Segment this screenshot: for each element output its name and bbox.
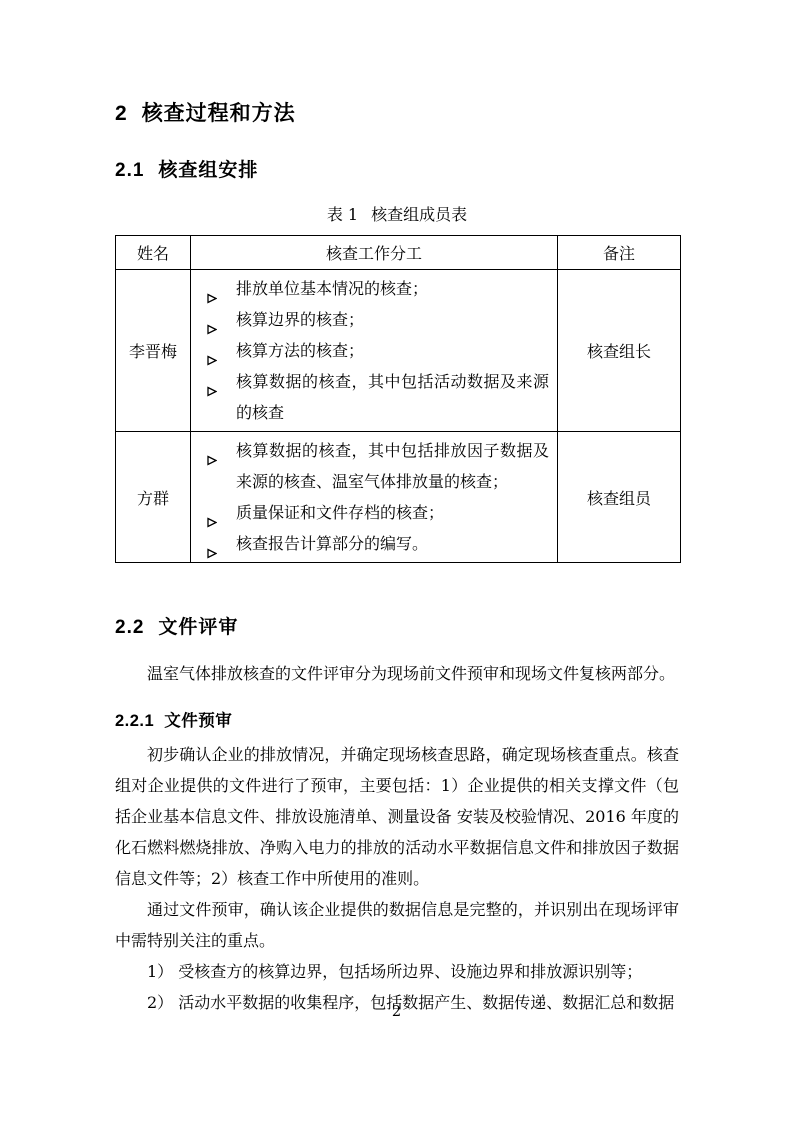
- member-name: 李晋梅: [116, 270, 191, 432]
- section-number: 2.1: [115, 160, 144, 181]
- duty-item: 排放单位基本情况的核查；: [191, 273, 549, 304]
- arrowhead-bullet-icon: [207, 445, 217, 456]
- duty-text: 质量保证和文件存档的核查；: [236, 503, 444, 522]
- duty-item: 核查报告计算部分的编写。: [191, 528, 549, 559]
- member-remark: 核查组员: [558, 432, 681, 563]
- duty-text: 排放单位基本情况的核查；: [236, 279, 428, 298]
- table-row: 李晋梅 排放单位基本情况的核查；核算边界的核查；核算方法的核查；核算数据的核查，…: [116, 270, 681, 432]
- duty-text: 核查报告计算部分的编写。: [236, 534, 428, 553]
- duty-item: 核算数据的核查，其中包括活动数据及来源的核查: [191, 366, 549, 428]
- duty-text: 核算数据的核查，其中包括活动数据及来源的核查: [236, 372, 549, 422]
- column-header-name: 姓名: [116, 236, 191, 270]
- duty-text: 核算方法的核查；: [236, 341, 364, 360]
- paragraph-s221-p2: 通过文件预审，确认该企业提供的数据信息是完整的，并识别出在现场评审中需特别关注的…: [115, 894, 679, 956]
- arrowhead-bullet-icon: [207, 314, 217, 325]
- duty-item: 核算数据的核查，其中包括排放因子数据及来源的核查、温室气体排放量的核查；: [191, 435, 549, 497]
- section-title: 文件评审: [158, 617, 238, 638]
- paragraph-s22-intro: 温室气体排放核查的文件评审分为现场前文件预审和现场文件复核两部分。: [115, 658, 679, 689]
- section-heading-2-2: 2.2文件评审: [115, 615, 679, 641]
- member-duties: 排放单位基本情况的核查；核算边界的核查；核算方法的核查；核算数据的核查，其中包括…: [191, 270, 558, 432]
- arrowhead-bullet-icon: [207, 283, 217, 294]
- arrowhead-bullet-icon: [207, 538, 217, 549]
- verification-team-table: 姓名 核查工作分工 备注 李晋梅 排放单位基本情况的核查；核算边界的核查；核算方…: [115, 235, 681, 563]
- numbered-list-item: 1） 受核查方的核算边界，包括场所边界、设施边界和排放源识别等；: [115, 956, 679, 987]
- duty-item: 核算边界的核查；: [191, 304, 549, 335]
- duty-item: 质量保证和文件存档的核查；: [191, 497, 549, 528]
- table-caption: 表 1核查组成员表: [115, 204, 679, 226]
- arrowhead-bullet-icon: [207, 376, 217, 387]
- column-header-remark: 备注: [558, 236, 681, 270]
- table-caption-label: 表 1: [327, 205, 358, 224]
- arrowhead-bullet-icon: [207, 507, 217, 518]
- document-page: 2核查过程和方法 2.1核查组安排 表 1核查组成员表 姓名 核查工作分工 备注…: [0, 0, 793, 1122]
- section-title: 核查组安排: [158, 160, 258, 181]
- duty-text: 核算边界的核查；: [236, 310, 364, 329]
- duty-item: 核算方法的核查；: [191, 335, 549, 366]
- section-heading-2-1: 2.1核查组安排: [115, 158, 679, 184]
- member-remark: 核查组长: [558, 270, 681, 432]
- section-title: 核查过程和方法: [142, 102, 296, 125]
- section-title: 文件预审: [164, 712, 232, 730]
- table-header-row: 姓名 核查工作分工 备注: [116, 236, 681, 270]
- table-row: 方群 核算数据的核查，其中包括排放因子数据及来源的核查、温室气体排放量的核查；质…: [116, 432, 681, 563]
- section-number: 2.2: [115, 617, 144, 638]
- section-number: 2.2.1: [115, 712, 154, 730]
- column-header-duties: 核查工作分工: [191, 236, 558, 270]
- section-heading-2-2-1: 2.2.1文件预审: [115, 709, 679, 733]
- member-name: 方群: [116, 432, 191, 563]
- duty-text: 核算数据的核查，其中包括排放因子数据及来源的核查、温室气体排放量的核查；: [236, 441, 549, 491]
- page-number: 2: [0, 1002, 793, 1022]
- paragraph-s221-p1: 初步确认企业的排放情况，并确定现场核查思路，确定现场核查重点。核查组对企业提供的…: [115, 739, 679, 894]
- section-number: 2: [115, 102, 128, 125]
- member-duties: 核算数据的核查，其中包括排放因子数据及来源的核查、温室气体排放量的核查；质量保证…: [191, 432, 558, 563]
- table-caption-title: 核查组成员表: [371, 205, 467, 224]
- section-heading-2: 2核查过程和方法: [115, 100, 679, 128]
- arrowhead-bullet-icon: [207, 345, 217, 356]
